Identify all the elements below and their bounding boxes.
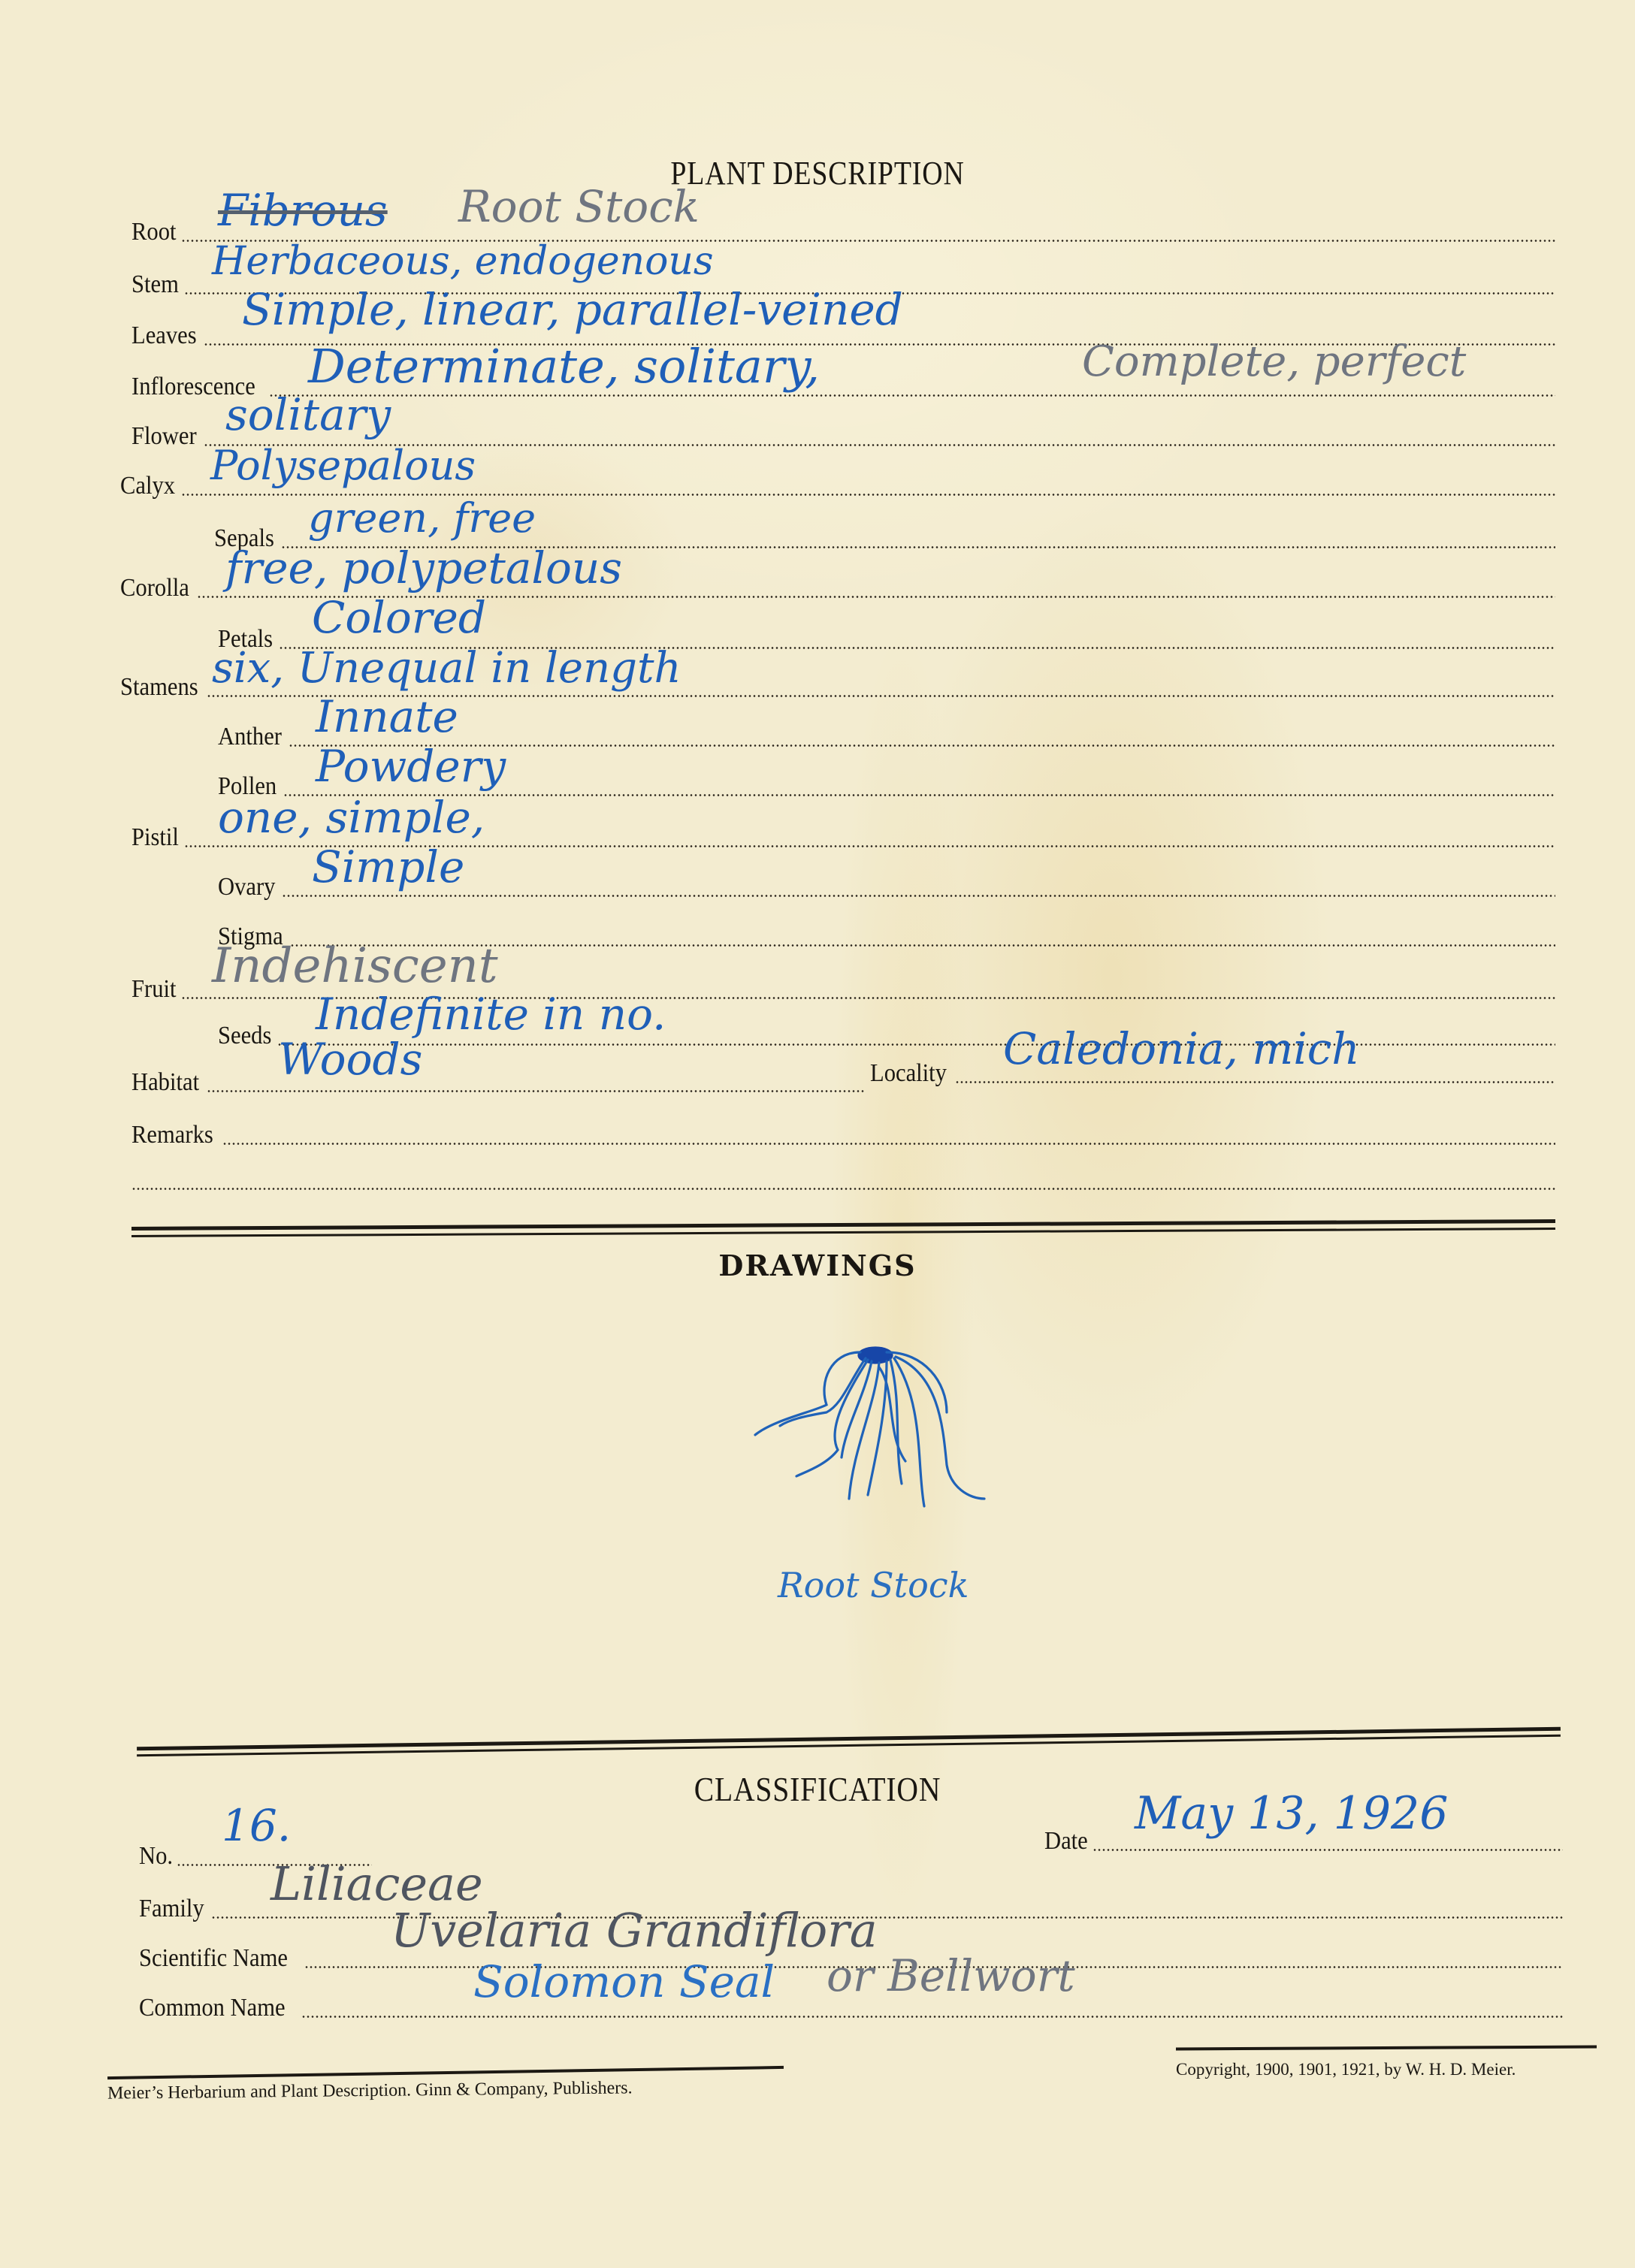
field-label-fruit: Fruit — [131, 977, 177, 1004]
field-label-stem: Stem — [131, 272, 179, 299]
field-label-pistil: Pistil — [131, 825, 179, 852]
field-label-seeds: Seeds — [218, 1023, 271, 1050]
field-entry-stem: Herbaceous, endogenous — [212, 239, 714, 284]
field-label-ovary: Ovary — [218, 874, 275, 901]
dotted-line — [131, 1188, 1555, 1190]
field-label-habitat: Habitat — [131, 1070, 199, 1097]
field-label-anther: Anther — [218, 724, 282, 751]
field-entry-inflorescence: Determinate, solitary, — [308, 344, 820, 389]
field-entry-calyx: Polysepalous — [210, 443, 476, 488]
field-entry-leaves: Simple, linear, parallel-veined — [242, 287, 903, 332]
field-entry-fruit: Indehiscent — [212, 944, 498, 989]
remarks-continuation-line — [131, 1149, 1555, 1194]
field-entry-no: 16. — [222, 1803, 291, 1848]
field-entry-root-struck: Fibrous — [218, 188, 388, 233]
field-label-remarks: Remarks — [131, 1122, 213, 1149]
root-stock-drawing-icon — [699, 1337, 1014, 1540]
dotted-line — [207, 1090, 864, 1092]
dotted-line — [301, 2016, 1563, 2018]
field-label-locality: Locality — [870, 1061, 947, 1088]
field-entry-petals: Colored — [312, 595, 486, 640]
field-entry-common-name-extra: or Bellwort — [827, 1953, 1075, 1998]
field-entry-pistil: one, simple, — [218, 795, 485, 840]
field-entry-scientific-name: Uvelaria Grandiflora — [391, 1908, 878, 1953]
field-entry-flower: solitary — [225, 392, 391, 437]
dotted-line — [222, 1143, 1555, 1145]
field-entry-sepals: green, free — [308, 496, 536, 541]
field-label-stamens: Stamens — [120, 675, 198, 702]
field-label-leaves: Leaves — [131, 323, 197, 350]
field-remarks: Remarks — [131, 1104, 1555, 1149]
footer-rule-left — [107, 2066, 784, 2079]
dotted-line — [1093, 1849, 1563, 1851]
field-entry-pollen: Powdery — [316, 744, 506, 789]
field-entry-common-name: Solomon Seal — [473, 1959, 775, 2004]
field-entry-date: May 13, 1926 — [1135, 1791, 1448, 1836]
field-label-family: Family — [139, 1896, 204, 1923]
dotted-line — [269, 394, 1555, 397]
field-label-no: No. — [139, 1844, 173, 1871]
footer-publisher: Meier’s Herbarium and Plant Description.… — [107, 2078, 633, 2103]
field-entry-anther: Innate — [316, 694, 458, 739]
field-label-common-name: Common Name — [139, 1995, 286, 2022]
field-entry-stamens: six, Unequal in length — [212, 646, 682, 691]
field-entry-corolla: free, polypetalous — [225, 545, 622, 590]
field-entry-habitat: Woods — [278, 1037, 422, 1082]
field-entry-inflorescence-extra: Complete, perfect — [1082, 340, 1466, 385]
field-label-date: Date — [1044, 1829, 1088, 1856]
dotted-line — [955, 1081, 1555, 1083]
field-entry-ovary: Simple — [312, 844, 464, 889]
footer-copyright: Copyright, 1900, 1901, 1921, by W. H. D.… — [1176, 2060, 1516, 2079]
dotted-line — [282, 895, 1555, 897]
field-entry-family: Liliaceae — [270, 1862, 483, 1907]
field-habitat: Habitat — [131, 1052, 864, 1097]
drawing-caption: Root Stock — [778, 1563, 969, 1608]
field-label-flower: Flower — [131, 424, 197, 451]
field-entry-locality: Caledonia, mich — [1003, 1026, 1360, 1071]
footer-rule-right — [1176, 2046, 1597, 2051]
field-label-calyx: Calyx — [120, 473, 175, 500]
field-label-root: Root — [131, 219, 177, 246]
field-entry-seeds: Indefinite in no. — [316, 992, 666, 1037]
field-label-corolla: Corolla — [120, 575, 189, 602]
drawings-heading: DRAWINGS — [0, 1249, 1635, 1282]
field-label-scientific-name: Scientific Name — [139, 1946, 288, 1973]
field-entry-root: Root Stock — [458, 184, 700, 229]
